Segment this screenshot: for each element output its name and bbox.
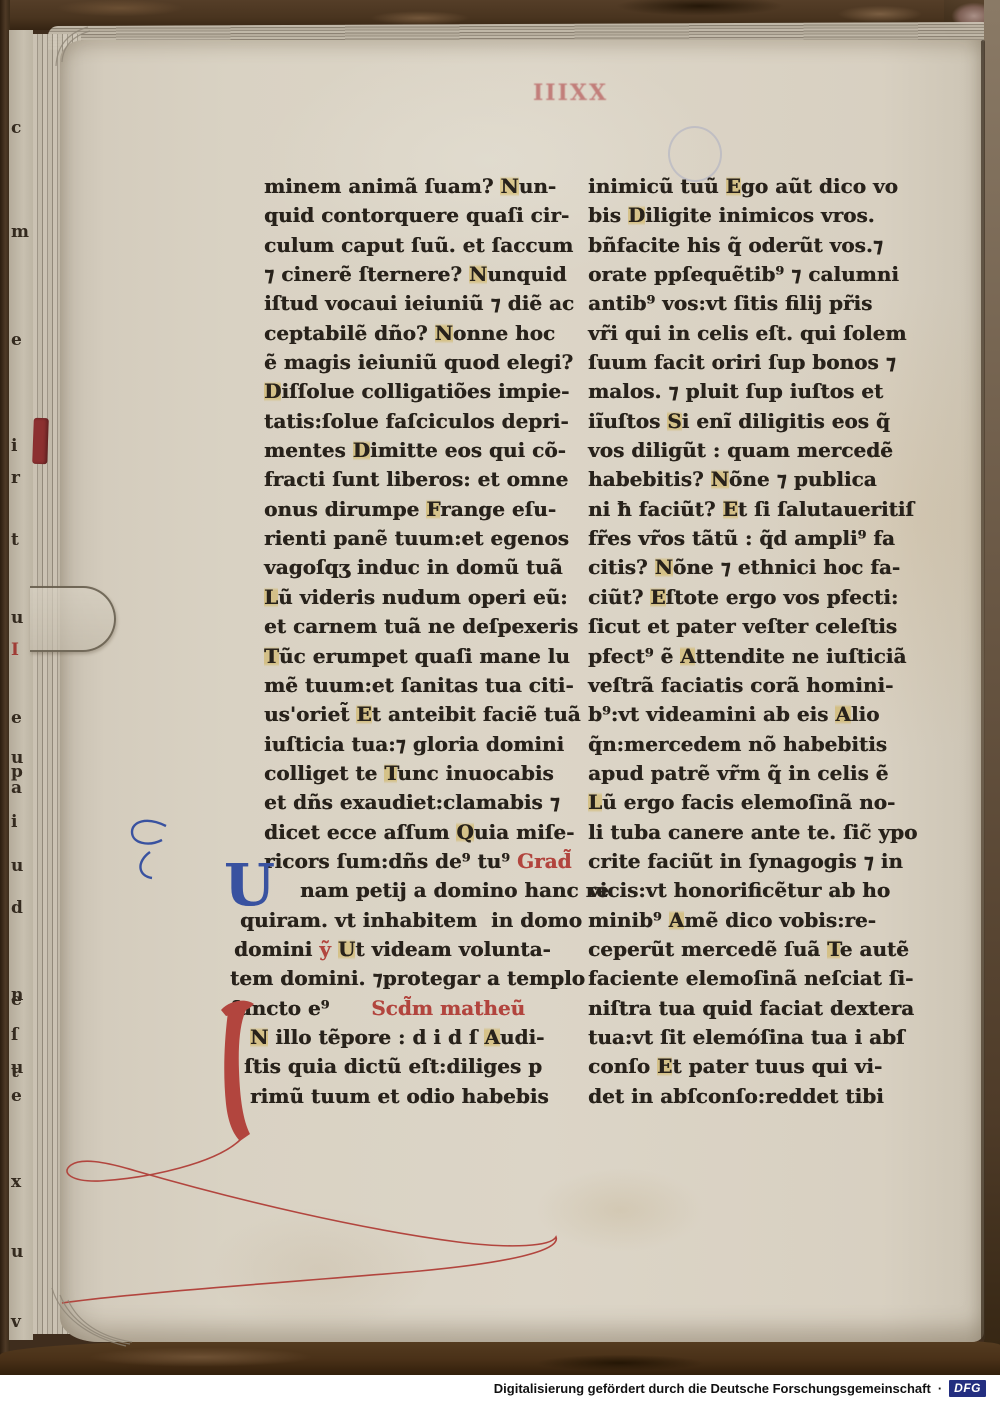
page-right-edge-shadow — [981, 40, 985, 1340]
text-line: li tuba canere ante te. ſic̃ ypo — [588, 818, 898, 847]
washed-capital: F — [426, 497, 440, 521]
text-line: fr̃es vr̃os tãtũ : q̃d ampli⁹ fa — [588, 524, 898, 553]
text-column-right: inimicũ tuũ Ego aũt dico vobis Diligite … — [588, 172, 898, 1111]
text-line: det in abſconſo:reddet tibi — [588, 1082, 898, 1111]
edge-letter-fragment: i — [11, 436, 17, 456]
edge-letter-fragment: u — [11, 1058, 23, 1078]
edge-letter-fragment: e — [11, 330, 22, 350]
edge-letter-fragment: I — [11, 640, 19, 660]
text-line: minib⁹ Amẽ dico vobis:re- — [588, 906, 898, 935]
text-line: vos diligũt : quam mercedẽ — [588, 436, 898, 465]
book-edge-right — [984, 0, 1000, 1402]
washed-capital: E — [650, 585, 665, 609]
text-line: et dñs exaudiet:clamabis ⁊ — [264, 788, 564, 817]
dfg-logo: DFG — [949, 1380, 986, 1397]
washed-capital: T — [827, 937, 840, 961]
washed-capital: N — [469, 262, 487, 286]
bookmark-tab — [30, 586, 116, 652]
book-binding-bottom-edge — [0, 1337, 1000, 1377]
dfg-credit-text: Digitalisierung gefördert durch die Deut… — [494, 1381, 931, 1396]
text-line: N illo tẽpore : d i d ſ Audi- — [250, 1023, 564, 1052]
text-line: tem domini. ⁊protegar a templo — [230, 964, 564, 993]
text-line: bñfacite his q̃ oderũt vos.⁊ — [588, 231, 898, 260]
washed-capital: L — [264, 585, 278, 609]
edge-letter-fragment: x — [11, 1172, 21, 1192]
washed-capital: A — [669, 908, 685, 932]
text-line: colliget te Tunc inuocabis — [264, 759, 564, 788]
text-line: dicet ecce aſſum Quia miſe- — [264, 818, 564, 847]
text-line: habebitis? Nõne ⁊ publica — [588, 465, 898, 494]
text-line: vicis:vt honorificẽtur ab ho — [588, 876, 898, 905]
text-line: ſtis quia dictũ eſt:diliges p — [244, 1052, 564, 1081]
text-line: quiram. vt inhabitem in domo — [240, 906, 564, 935]
washed-capital: L — [588, 790, 602, 814]
text-line: nam petij a domino hanc re — [300, 876, 564, 905]
text-line: ſuum facit oriri ſup bonos ⁊ — [588, 348, 898, 377]
washed-capital: E — [657, 1054, 672, 1078]
text-line: mentes Dimitte eos qui cõ- — [264, 436, 564, 465]
washed-capital: E — [356, 702, 371, 726]
edge-letter-fragment: d — [11, 898, 23, 918]
edge-letter-fragment: v — [11, 1312, 21, 1332]
edge-letter-fragment: e — [11, 1086, 22, 1106]
edge-letter-fragment: i — [11, 812, 17, 832]
text-line: tatis:ſolue faſciculos depri- — [264, 407, 564, 436]
washed-capital: A — [680, 644, 695, 668]
washed-capital: S — [667, 409, 681, 433]
text-column-left: minem animã ſuam? Nun-quid contorquere q… — [264, 172, 564, 1111]
text-line: vr̃i qui in celis eſt. qui ſolem — [588, 319, 898, 348]
illuminated-initial-blue: U — [224, 856, 275, 914]
text-line: Lũ ergo facis elemoſinã no- — [588, 788, 898, 817]
edge-letter-fragment: e — [11, 708, 22, 728]
dfg-banner: Digitalisierung gefördert durch die Deut… — [0, 1375, 1000, 1402]
text-line: quid contorquere quaſi cir- — [264, 201, 564, 230]
text-line: rienti panẽ tuum:et egenos — [264, 524, 564, 553]
edge-letter-fragment: a — [11, 778, 22, 798]
washed-capital: N — [500, 174, 518, 198]
text-line: antib⁹ vos:vt ſitis filij pr̃is — [588, 289, 898, 318]
text-line: onus dirumpe Frange eſu- — [264, 495, 564, 524]
text-line: inimicũ tuũ Ego aũt dico vo — [588, 172, 898, 201]
washed-capital: N — [711, 467, 729, 491]
text-line: et carnem tuã ne deſpexeris — [264, 612, 564, 641]
text-line: ceptabilẽ dño? Nonne hoc — [264, 319, 564, 348]
text-line: iĩuſtos Si enĩ diligitis eos q̃ — [588, 407, 898, 436]
text-line: iſtud vocaui ieiuniũ ⁊ diẽ ac — [264, 289, 564, 318]
text-line: iuſticia tua:⁊ gloria domini — [264, 730, 564, 759]
red-bookmark-marker — [32, 418, 49, 464]
page-edge-text-fragments: cmeirtpuIeuaiudnteſuxuve — [9, 30, 33, 1340]
edge-letter-fragment: c — [11, 118, 21, 138]
parchment-page: IIIXX minem animã ſuam? Nun-quid contorq… — [60, 40, 984, 1342]
washed-capital: E — [726, 174, 741, 198]
washed-capital: N — [250, 1025, 268, 1049]
text-line: faciente elemoſinã neſciat ſi- — [588, 964, 898, 993]
edge-letter-fragment: u — [11, 856, 23, 876]
washed-capital: D — [264, 379, 281, 403]
washed-capital: E — [723, 497, 738, 521]
text-line: us'oriet̃ Et anteibit faciẽ tuã — [264, 700, 564, 729]
text-line: b⁹:vt videamini ab eis Alio — [588, 700, 898, 729]
text-line: domini ỹ Ut videam volunta- — [234, 935, 564, 964]
rubric: Scd̃m matheũ — [371, 996, 525, 1020]
edge-letter-fragment: t — [11, 530, 19, 550]
text-line: niſtra tua quid faciat dextera — [588, 994, 898, 1023]
text-line: ceperũt mercedẽ ſuã Te autẽ — [588, 935, 898, 964]
washed-capital: T — [384, 761, 397, 785]
text-line: ni ħ faciũt? Et ſi ſalutaueritiſ — [588, 495, 898, 524]
text-line: ⁊ cinerẽ ſternere? Nunquid — [264, 260, 564, 289]
washed-capital: D — [353, 438, 370, 462]
edge-letter-fragment: e — [11, 990, 22, 1010]
text-line: Lũ videris nudum operi eũ: — [264, 583, 564, 612]
text-line: citis? Nõne ⁊ ethnici hoc fa- — [588, 553, 898, 582]
edge-letter-fragment: u — [11, 608, 23, 628]
text-line: ſancto e⁹ Scd̃m matheũ — [230, 994, 564, 1023]
rubric: Grad̃ — [517, 849, 572, 873]
manuscript-scan: cmeirtpuIeuaiudnteſuxuve IIIXX minem ani… — [0, 0, 1000, 1402]
washed-capital: U — [338, 937, 355, 961]
text-line: crite faciũt in ſynagogis ⁊ in — [588, 847, 898, 876]
text-line: orate ppſequẽtib⁹ ⁊ calumni — [588, 260, 898, 289]
edge-letter-fragment: ſ — [11, 1025, 18, 1045]
edge-letter-fragment: u — [11, 748, 23, 768]
edge-letter-fragment: m — [11, 222, 29, 242]
text-line: ciũt? Eſtote ergo vos pfecti: — [588, 583, 898, 612]
text-line: bis Diligite inimicos vros. — [588, 201, 898, 230]
washed-capital: Q — [456, 820, 473, 844]
text-line: Diſſolue colligatiões impie- — [264, 377, 564, 406]
edge-letter-fragment: u — [11, 1242, 23, 1262]
text-line: veſtrã faciatis corã homini- — [588, 671, 898, 700]
washed-capital: D — [628, 203, 645, 227]
edge-letter-fragment: r — [11, 468, 20, 488]
washed-capital: T — [264, 644, 279, 668]
text-line: culum caput ſuũ. et ſaccum — [264, 231, 564, 260]
text-line: malos. ⁊ pluit ſup iuſtos et — [588, 377, 898, 406]
text-line: conſo Et pater tuus qui vi- — [588, 1052, 898, 1081]
text-line: q̃n:mercedem nõ habebitis — [588, 730, 898, 759]
text-line: ricors ſum:dñs de⁹ tu⁹ Grad̃ — [264, 847, 564, 876]
washed-capital: A — [484, 1025, 500, 1049]
text-line: mẽ tuum:et ſanitas tua citi- — [264, 671, 564, 700]
washed-capital: N — [655, 555, 673, 579]
text-line: vagoſqʒ induc in domũ tuã — [264, 553, 564, 582]
washed-capital: N — [435, 321, 453, 345]
text-line: ſicut et pater veſter celeſtis — [588, 612, 898, 641]
text-line: apud patrẽ vr̃m q̃ in celis ẽ — [588, 759, 898, 788]
text-line: rimũ tuum et odio habebis — [250, 1082, 564, 1111]
folio-number: IIIXX — [533, 80, 608, 106]
text-line: tua:vt ſit elemóſina tua i abſ — [588, 1023, 898, 1052]
text-line: minem animã ſuam? Nun- — [264, 172, 564, 201]
dfg-separator: · — [938, 1381, 942, 1396]
text-line: fracti ſunt liberos: et omne — [264, 465, 564, 494]
washed-capital: A — [835, 702, 851, 726]
text-line: Tũc erumpet quaſi mane lu — [264, 642, 564, 671]
text-line: pfect⁹ ẽ Attendite ne iuſticiã — [588, 642, 898, 671]
text-line: ẽ magis ieiuniũ quod elegi? — [264, 348, 564, 377]
rubric: ỹ — [319, 937, 338, 961]
